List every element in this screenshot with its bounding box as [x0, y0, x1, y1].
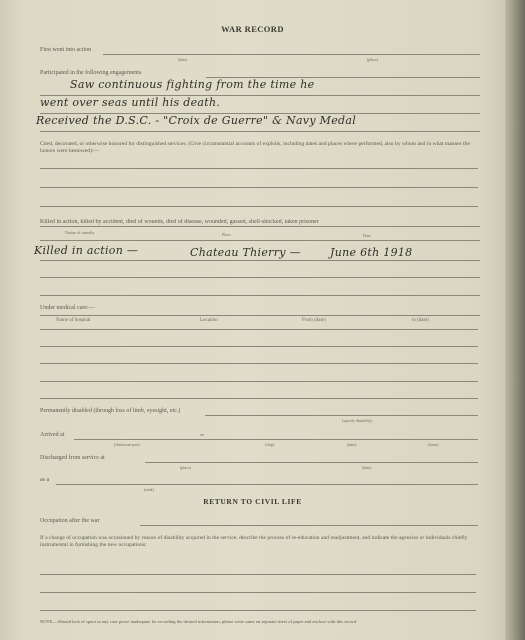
occupation-label: Occupation after the war: [40, 518, 99, 524]
casualty-date-value: June 6th 1918: [330, 246, 412, 259]
medical-row-line-3[interactable]: [40, 363, 478, 364]
discharged-date-sublabel: (date): [362, 465, 371, 470]
arrived-line[interactable]: [74, 439, 478, 440]
casualty-line-4[interactable]: [40, 295, 480, 296]
first-action-place-sublabel: (place): [367, 57, 378, 62]
arrived-label: Arrived at: [40, 432, 65, 438]
medical-col-location: Location: [200, 318, 218, 323]
footnote: NOTE.—Should lack of space in any case p…: [40, 619, 480, 625]
engagements-text-2: went over seas until his death.: [40, 96, 220, 109]
arrived-from-sublabel: (from): [428, 442, 438, 447]
citations-line-3[interactable]: [40, 206, 478, 207]
citations-line-1[interactable]: [40, 168, 478, 169]
citations-label: Cited, decorated, or otherwise honored f…: [40, 141, 480, 155]
medical-care-label: Under medical care:—: [40, 305, 95, 311]
engagements-text-3: Received the D.S.C. - "Croix de Guerre" …: [36, 114, 356, 127]
disabled-sublabel: (specify disability): [342, 418, 372, 423]
medical-col-to: to (date): [412, 318, 429, 323]
casualty-col-nature: Nature of casualty: [65, 230, 94, 235]
page-title: WAR RECORD: [0, 24, 505, 34]
first-action-label: First went into action: [40, 47, 91, 53]
citations-line-2[interactable]: [40, 187, 478, 188]
engagements-line-3[interactable]: [40, 131, 480, 132]
medical-row-line-2[interactable]: [40, 346, 478, 347]
arrived-ship-sublabel: (ship): [265, 442, 274, 447]
citations-label-text: Cited, decorated, or otherwise honored f…: [40, 141, 187, 147]
medical-care-header-line: [40, 315, 480, 316]
casualty-label: Killed in action, killed by accident, di…: [40, 219, 480, 225]
casualty-header-line: [40, 226, 480, 227]
disabled-label: Permanently disabled (through loss of li…: [40, 408, 180, 414]
engagements-label: Participated in the following engagement…: [40, 70, 141, 76]
civil-line-2[interactable]: [40, 592, 476, 593]
arrived-date-sublabel: (date): [347, 442, 356, 447]
engagements-text-1: Saw continuous fighting from the time he: [70, 78, 314, 91]
first-action-line[interactable]: [103, 54, 480, 55]
arrived-on-label: on: [200, 432, 204, 437]
discharged-place-sublabel: (place): [180, 465, 191, 470]
medical-col-from: From (date): [302, 318, 326, 323]
medical-row-line-5[interactable]: [40, 398, 478, 399]
first-action-date-sublabel: (date): [178, 57, 187, 62]
civil-line-1[interactable]: [40, 574, 476, 575]
arrived-port-sublabel: (American port): [114, 442, 140, 447]
casualty-line-2[interactable]: [40, 260, 480, 261]
occupation-line[interactable]: [140, 525, 478, 526]
medical-row-line-1[interactable]: [40, 329, 478, 330]
casualty-place-value: Chateau Thierry —: [190, 246, 301, 259]
medical-row-line-4[interactable]: [40, 381, 478, 382]
as-a-rank-sublabel: (rank): [144, 487, 154, 492]
disabled-line[interactable]: [205, 415, 478, 416]
civil-line-3[interactable]: [40, 610, 476, 611]
medical-col-hospital: Name of hospital: [56, 318, 90, 323]
as-a-line[interactable]: [56, 484, 478, 485]
page-edge-shadow: [505, 0, 525, 640]
change-occupation-note: If a change of occupation was occasioned…: [40, 535, 480, 549]
civil-life-title: RETURN TO CIVIL LIFE: [0, 497, 505, 506]
discharged-line[interactable]: [145, 462, 478, 463]
discharged-label: Discharged from service at: [40, 455, 105, 461]
casualty-nature-value: Killed in action —: [34, 244, 138, 257]
casualty-line-1: [40, 240, 480, 241]
casualty-line-3[interactable]: [40, 277, 480, 278]
as-a-label: as a: [40, 477, 49, 483]
casualty-col-date: Date: [363, 233, 371, 238]
casualty-col-place: Place: [222, 232, 231, 237]
